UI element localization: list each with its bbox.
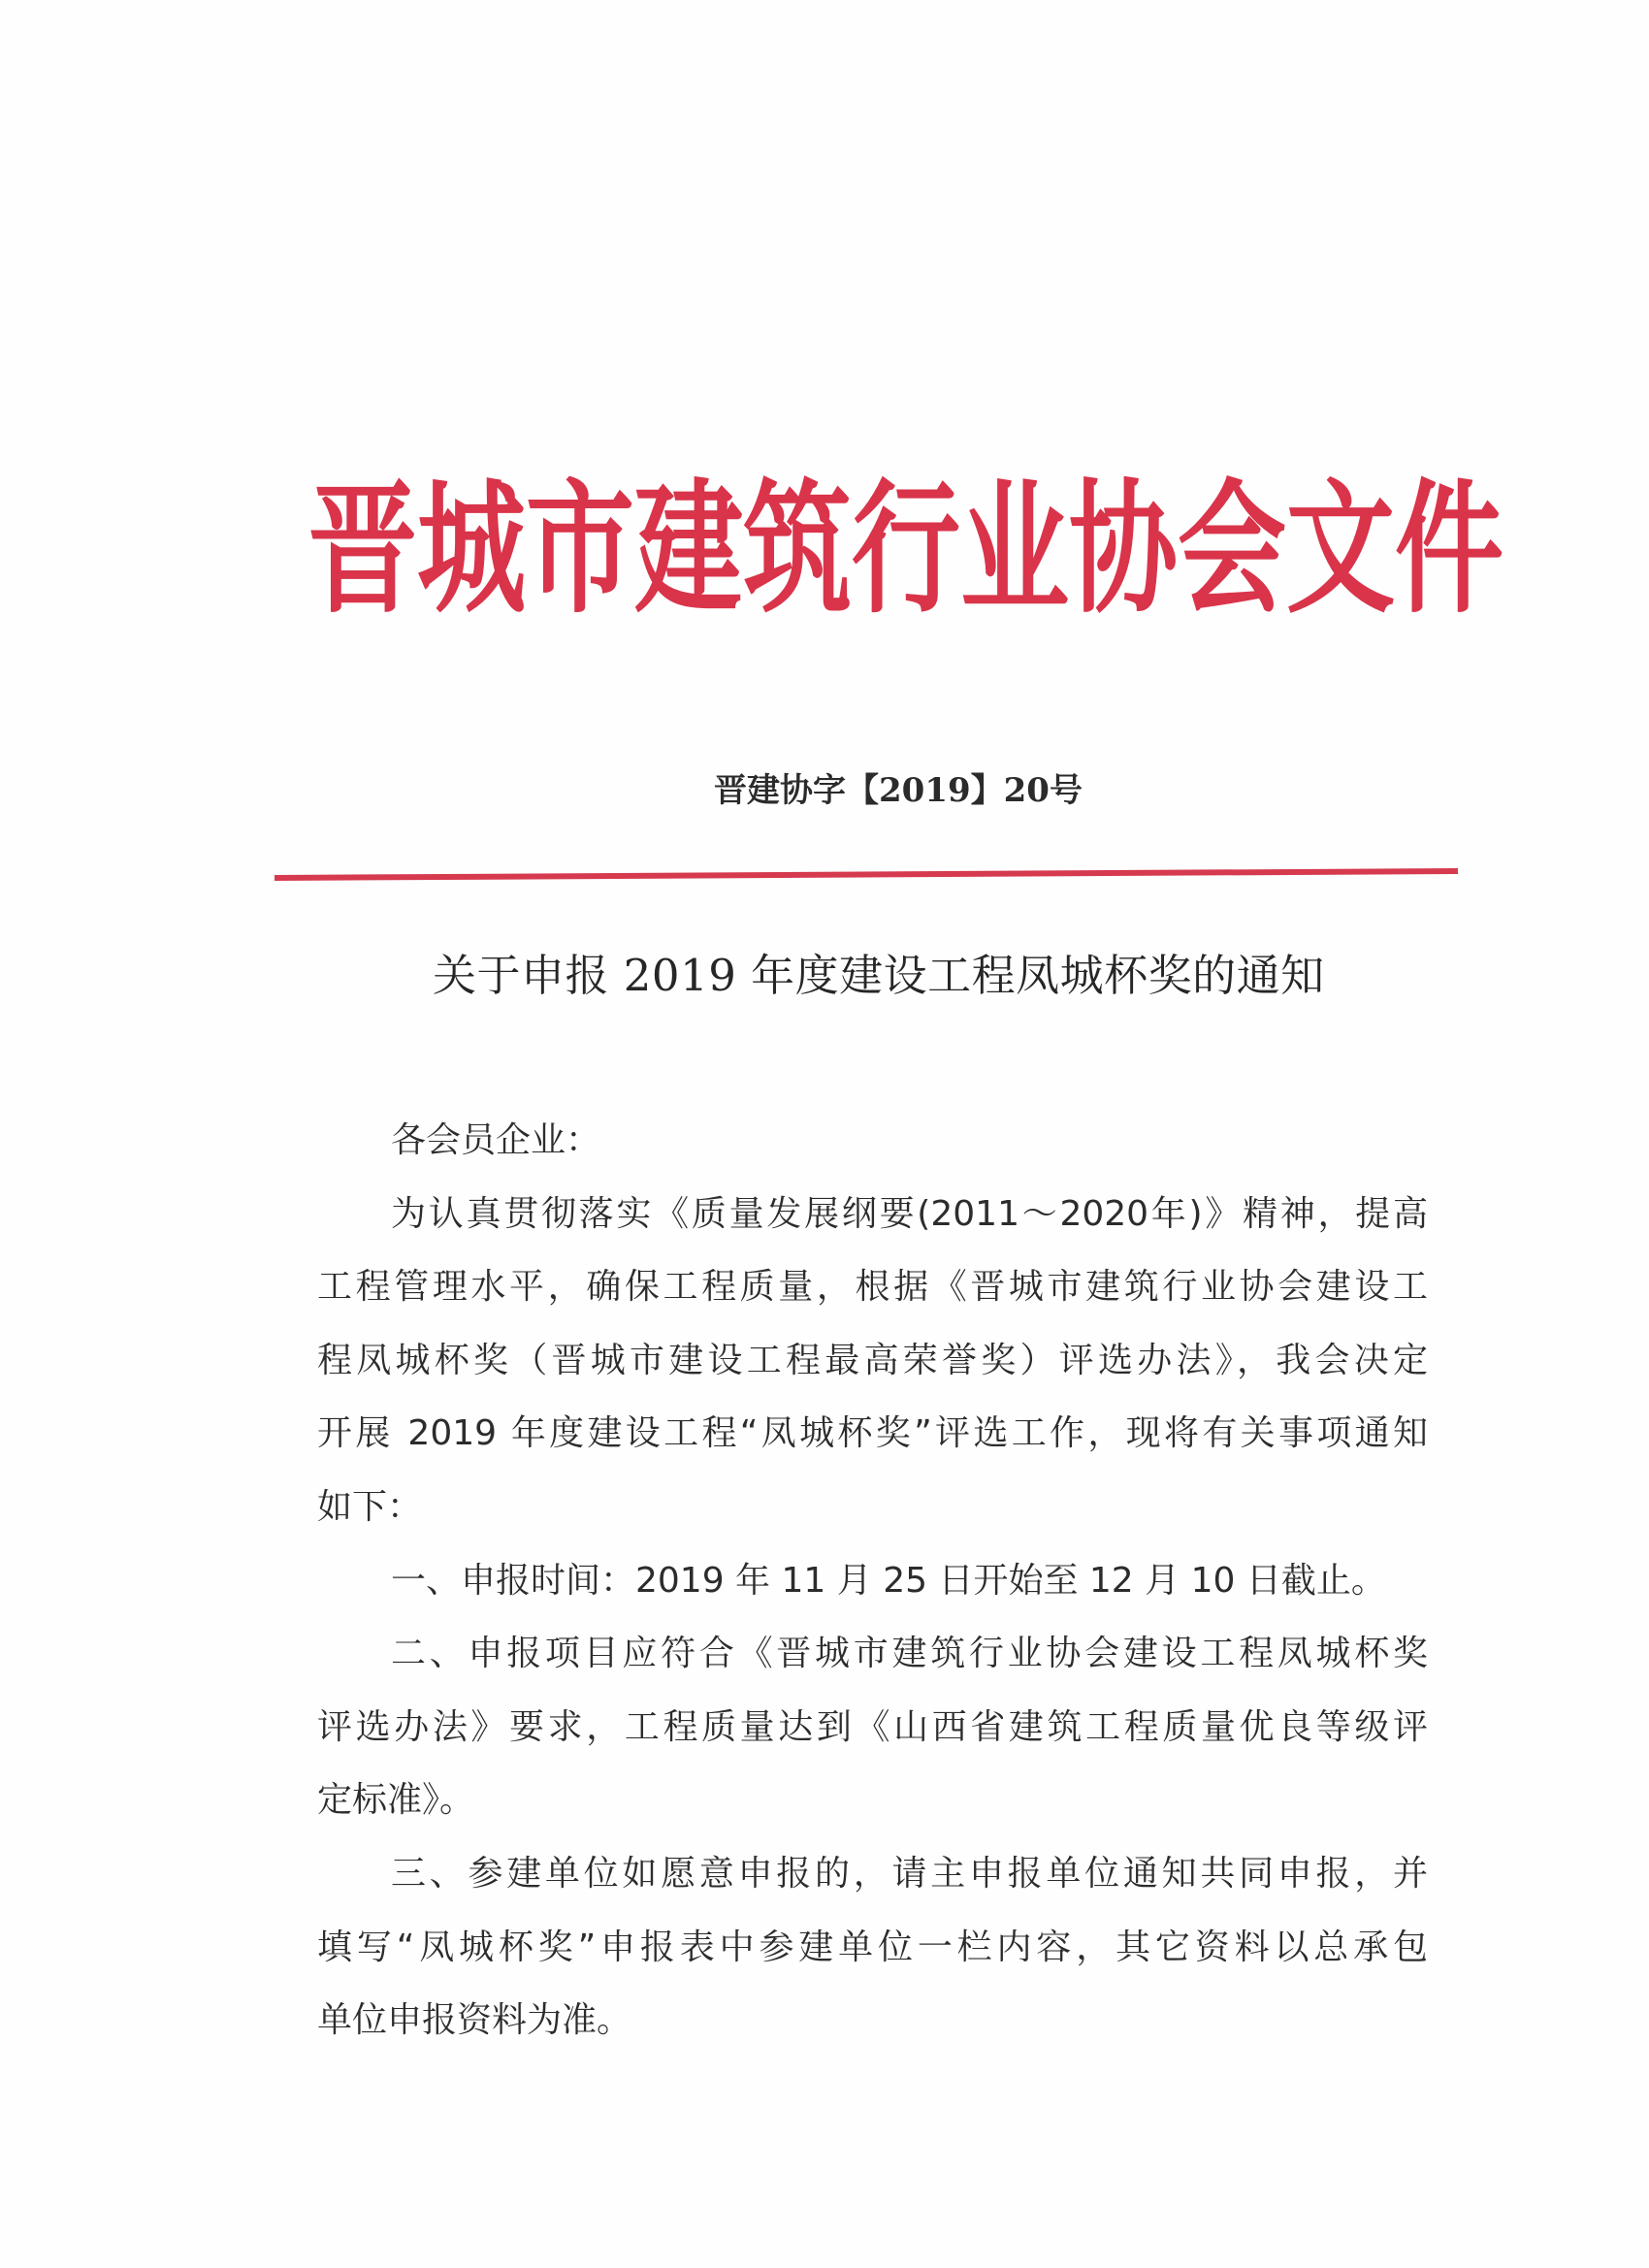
paragraph-line: 程凤城杯奖（晋城市建设工程最高荣誉奖）评选办法》，我会决定 (317, 1324, 1428, 1398)
title-char: 晋 (308, 478, 417, 622)
item-three-line: 单位申报资料为准。 (317, 1984, 1428, 2057)
org-document-title: 晋 城 市 建 筑 行 业 协 会 文 件 (308, 468, 1424, 632)
document-page: 晋 城 市 建 筑 行 业 协 会 文 件 晋建协字【2019】20号 关于申报… (0, 0, 1649, 2268)
paragraph-line: 工程管理水平，确保工程质量，根据《晋城市建筑行业协会建设工 (317, 1250, 1428, 1324)
item-two-line: 定标准》。 (317, 1764, 1428, 1837)
item-two-line: 二、申报项目应符合《晋城市建筑行业协会建设工程凤城杯奖 (317, 1617, 1428, 1691)
title-char: 文 (1286, 478, 1395, 622)
title-char: 建 (634, 478, 743, 622)
title-char: 城 (417, 478, 526, 622)
notice-body: 各会员企业： 为认真贯彻落实《质量发展纲要(2011～2020年)》精神，提高 … (317, 1104, 1428, 2057)
paragraph-line: 开展 2019 年度建设工程“凤城杯奖”评选工作，现将有关事项通知 (317, 1397, 1428, 1471)
red-divider-rule (275, 868, 1458, 881)
item-two-line: 评选办法》要求，工程质量达到《山西省建筑工程质量优良等级评 (317, 1691, 1428, 1765)
title-char: 件 (1395, 478, 1503, 622)
title-char: 会 (1178, 478, 1286, 622)
notice-heading: 关于申报 2019 年度建设工程凤城杯奖的通知 (433, 949, 1383, 1003)
item-three-line: 三、参建单位如愿意申报的，请主申报单位通知共同申报，并 (317, 1837, 1428, 1911)
title-char: 协 (1069, 478, 1178, 622)
salutation: 各会员企业： (317, 1104, 1428, 1178)
title-char: 业 (960, 478, 1069, 622)
title-char: 筑 (743, 478, 852, 622)
paragraph-line: 如下： (317, 1471, 1428, 1544)
title-char: 市 (526, 478, 634, 622)
item-one-line: 一、申报时间：2019 年 11 月 25 日开始至 12 月 10 日截止。 (317, 1544, 1428, 1618)
paragraph-line: 为认真贯彻落实《质量发展纲要(2011～2020年)》精神，提高 (317, 1178, 1428, 1251)
item-three-line: 填写“凤城杯奖”申报表中参建单位一栏内容，其它资料以总承包 (317, 1911, 1428, 1985)
document-number: 晋建协字【2019】20号 (714, 768, 1102, 813)
title-char: 行 (852, 478, 960, 622)
